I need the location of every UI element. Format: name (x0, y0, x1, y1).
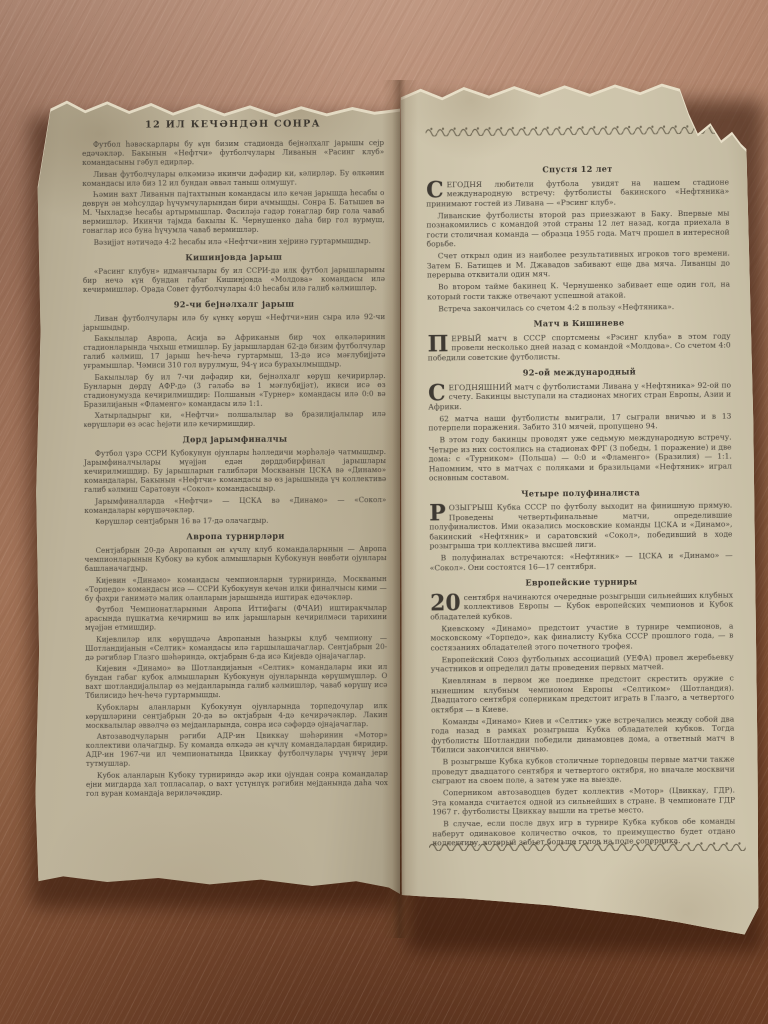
paragraph: Футбол Чемпионатларынын Авропа Иттифагы … (85, 603, 387, 632)
paragraph: Һәмин вахт Ливанын пајтахтынын командасы… (82, 188, 384, 235)
paragraph: Встреча закончилась со счетом 4:2 в поль… (427, 301, 730, 313)
section-heading: Матч в Кишиневе (427, 318, 730, 330)
paragraph: СЕГОДНЯ любители футбола увидят на нашем… (426, 177, 729, 208)
paragraph: 62 матча наши футболисты выиграли, 17 сы… (428, 411, 731, 433)
paragraph: Јарымфиналларда «Нефтчи» — ЦСКА вә «Дина… (84, 495, 386, 515)
paragraph-text: сентября начинаются очередные розыгрыши … (430, 590, 733, 621)
paragraph: Кијевин «Динамо» вә Шотландијанын «Селти… (85, 662, 387, 700)
paragraph: Ҝөрүшләр сентјабрын 16 вә 17-дә олачагды… (84, 515, 386, 526)
dropcap: 20 (430, 594, 461, 612)
paragraph: Футбол һәвәскарлары бу ҝүн бизим стадион… (82, 138, 384, 167)
paragraph: Киевлянам в первом же поединке предстоит… (431, 674, 734, 715)
paragraph: Вәзијјәт нәтичәдә 4:2 һесабы илә «Нефтчи… (83, 236, 385, 247)
left-page: 12 ИЛ КЕЧӘНДӘН СОНРА Футбол һәвәскарлары… (34, 94, 400, 894)
paragraph-text: ОЗЫГРЫШ Кубка СССР по футболу выходит на… (429, 501, 732, 551)
paragraph: Во втором тайме бакинец К. Чернушенко за… (427, 280, 730, 302)
paragraph: Хатырладырыг ки, «Нефтчи» полшалылар вә … (84, 409, 386, 429)
paragraph-text: ЕГОДНЯ любители футбола увидят на нашем … (426, 177, 729, 208)
paragraph: Счет открыл один из наиболее результатив… (427, 249, 730, 280)
lace-ornament-top-icon (426, 123, 717, 137)
paragraph: Ливан футболчулары илә бу ҝүнкү ҝөрүш «Н… (83, 312, 385, 332)
paragraph: Футбол үзрә ССРИ Кубокунун ојунлары һәлл… (84, 447, 386, 494)
paragraph: Бакылылар бу ил 7-чи дәфәдир ки, бејнәлх… (83, 371, 385, 409)
paragraph: Кубок аланларын Кубоку турнириндә әҝәр и… (86, 769, 388, 798)
photo-table-background: 12 ИЛ КЕЧӘНДӘН СОНРА Футбол һәвәскарлары… (0, 0, 768, 1024)
paragraph: РОЗЫГРЫШ Кубка СССР по футболу выходит н… (429, 501, 732, 551)
paragraph: Ливанские футболисты второй раз приезжаю… (426, 208, 729, 249)
lace-ornament-bottom-icon (429, 840, 746, 851)
paragraph: СЕГОДНЯШНИЙ матч с футболистами Ливана у… (428, 380, 731, 411)
paragraph: Киевскому «Динамо» предстоит участие в т… (430, 621, 733, 652)
page-title: 12 ИЛ КЕЧӘНДӘН СОНРА (82, 119, 384, 130)
paragraph: 20сентября начинаются очередные розыгрыш… (430, 590, 733, 621)
paragraph: ПЕРВЫЙ матч в СССР спортсмены «Рэсинг кл… (428, 331, 731, 362)
left-page-content: 12 ИЛ КЕЧӘНДӘН СОНРА Футбол һәвәскарлары… (82, 117, 388, 800)
dropcap: С (426, 181, 444, 199)
section-heading: Спустя 12 лет (426, 164, 729, 176)
paragraph: Сентјабрын 20-дә Авропанын ән ҝүчлү клуб… (85, 544, 387, 573)
paragraph: Команды «Динамо» Киев и «Селтик» уже вст… (431, 714, 734, 755)
section-heading: Дөрд јарымфиналчы (84, 434, 386, 445)
dropcap: П (428, 335, 449, 353)
paragraph: Европейский Союз футбольных ассоциаций (… (431, 652, 734, 674)
paragraph: Соперником автозаводцев будет коллектив … (432, 786, 735, 817)
paragraph: «Расинг клубун» идманчылары бу ил ССРИ-д… (83, 265, 385, 294)
section-heading: Европейские турниры (430, 577, 733, 589)
paragraph: Автозаводчуларын рәгиби АДР-ин Цвиккау ш… (86, 730, 388, 768)
right-page: Спустя 12 лет СЕГОДНЯ любители футбола у… (399, 78, 759, 938)
section-heading: Четыре полуфиналиста (429, 487, 732, 499)
section-heading: 92-ой международный (428, 367, 731, 379)
paragraph: Ливан футболчулары өлкәмизә икинчи дәфәд… (82, 168, 384, 188)
paragraph: Бакылылар Авропа, Асија вә Африканын бир… (83, 332, 385, 370)
paragraph: В этом году бакинцы проводят уже седьмую… (429, 433, 732, 483)
paragraph: В полуфиналах встречаются: «Нефтяник» — … (430, 551, 733, 573)
paragraph: В розыгрыше Кубка кубков столичные торпе… (432, 755, 735, 786)
paragraph: Кијевин «Динамо» командасы чемпионларын … (85, 574, 387, 603)
paragraph-text: ЕРВЫЙ матч в СССР спортсмены «Рэсинг клу… (428, 331, 731, 362)
paragraph: Кубоклары аланларын Кубокунун ојунларынд… (85, 701, 387, 730)
dropcap: Р (429, 504, 446, 522)
section-heading: Кишинјовда јарыш (83, 252, 385, 263)
right-page-content: Спустя 12 лет СЕГОДНЯ любители футбола у… (426, 123, 736, 851)
dropcap: С (428, 384, 446, 402)
section-heading: 92-чи бејнәлхалг јарыш (83, 299, 385, 310)
paragraph-text: ЕГОДНЯШНИЙ матч с футболистами Ливана у … (428, 380, 731, 411)
paragraph: Кијевлиләр илк ҝөрүшдәчә Авропанын һазыр… (85, 633, 387, 662)
section-heading: Авропа турнирләри (84, 531, 386, 542)
